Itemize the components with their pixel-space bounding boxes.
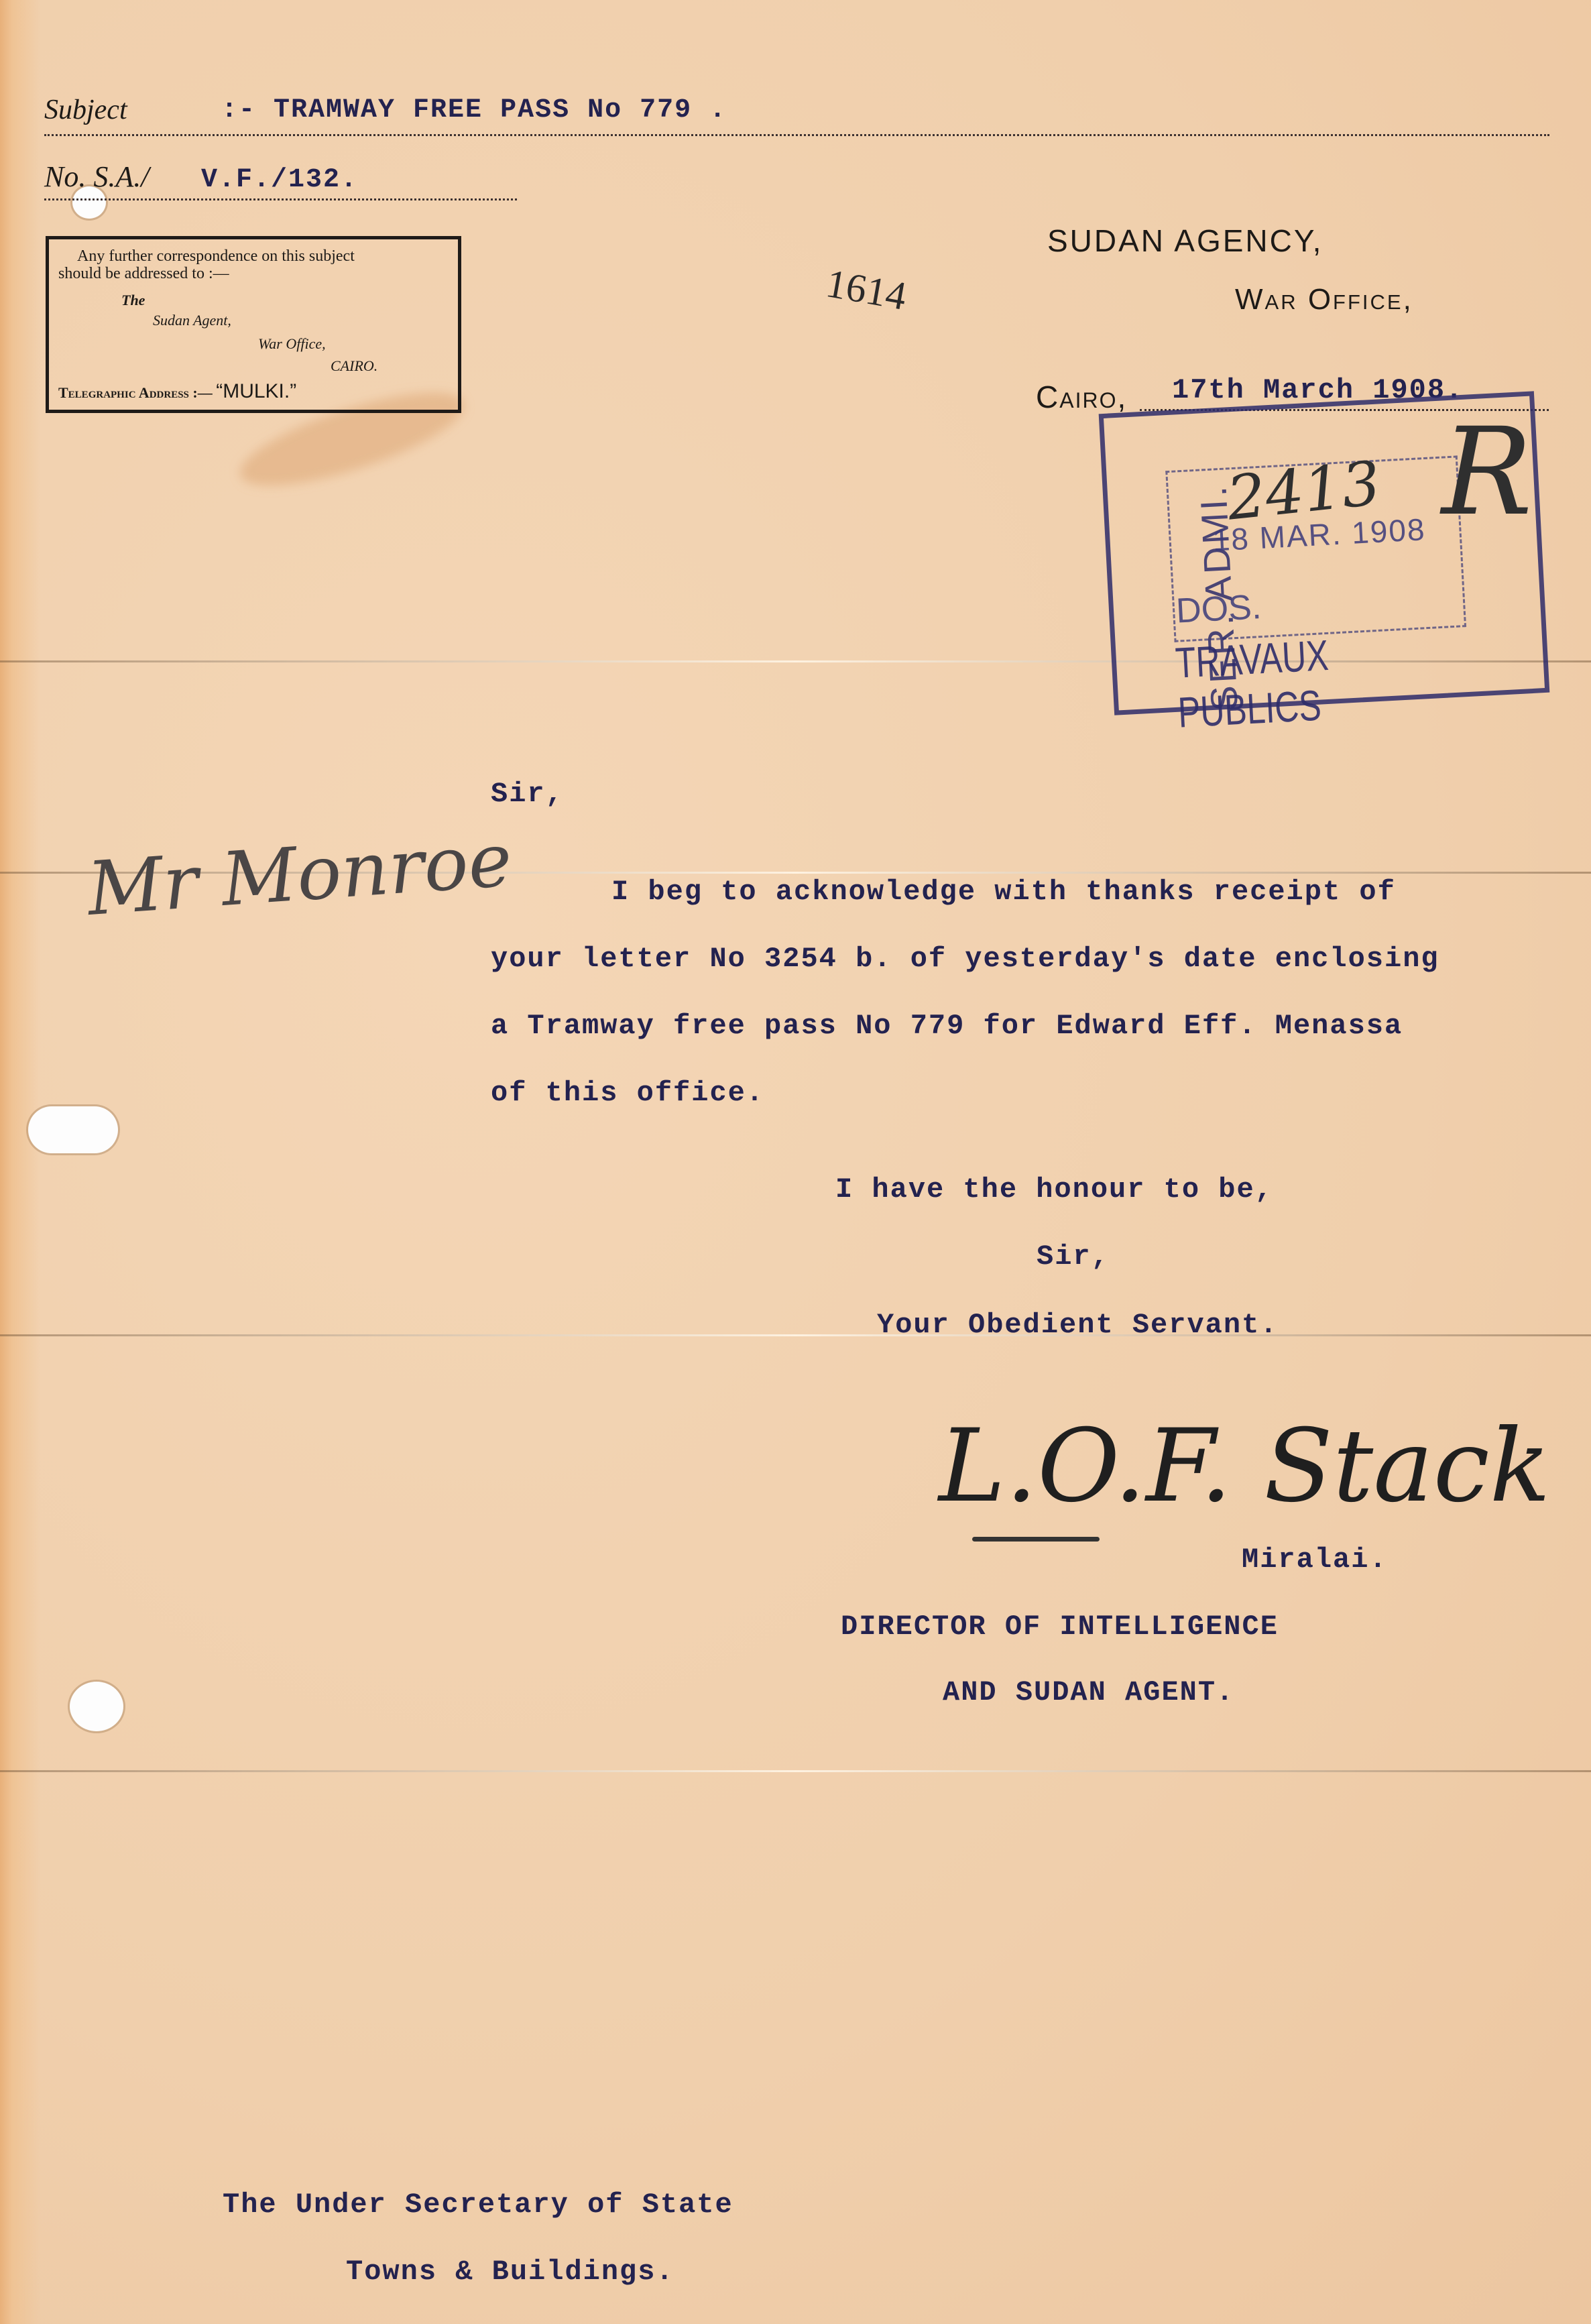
closing-line-1: I have the honour to be, <box>835 1173 1273 1206</box>
box-line-5: War Office, <box>258 335 326 353</box>
margin-note: Mr Monroe <box>84 817 514 932</box>
stamp-dos: DOS. <box>1175 587 1262 632</box>
signatory-title-2: AND SUDAN AGENT. <box>943 1676 1234 1708</box>
correspondence-box: Any further correspondence on this subje… <box>46 236 461 413</box>
box-line-6: CAIRO. <box>331 357 377 375</box>
telegraphic-address: Telegraphic Address :— “MULKI.” <box>58 380 296 403</box>
box-line-2: should be addressed to :— <box>58 265 229 283</box>
signature-underline <box>972 1537 1100 1542</box>
office-name: War Office, <box>1235 283 1413 316</box>
closing-line-2: Sir, <box>1037 1240 1110 1273</box>
body-line-2: your letter No 3254 b. of yesterday's da… <box>491 943 1439 975</box>
subject-value: :- TRAMWAY FREE PASS No 779 . <box>221 95 727 125</box>
city-name: Cairo, <box>1036 379 1127 415</box>
telegraphic-label: Telegraphic Address :— <box>58 384 213 401</box>
box-line-3: The <box>121 292 145 309</box>
agency-name: SUDAN AGENCY, <box>1047 223 1323 259</box>
box-line-4: Sudan Agent, <box>153 312 231 329</box>
reference-value: V.F./132. <box>201 165 358 195</box>
paper-fold <box>0 1770 1591 1772</box>
subject-label: Subject <box>44 94 127 126</box>
closing-line-3: Your Obedient Servant. <box>877 1309 1279 1341</box>
telegraphic-value: “MULKI.” <box>216 380 296 402</box>
signature: L.O.F. Stack <box>939 1408 1551 1525</box>
recipient-line-1: The Under Secretary of State <box>223 2189 733 2221</box>
stamp-department: TRAVAUX PUBLICS <box>1174 623 1469 737</box>
recipient-line-2: Towns & Buildings. <box>346 2256 674 2288</box>
reference-label: No. S.A./ <box>44 160 149 194</box>
body-line-3: a Tramway free pass No 779 for Edward Ef… <box>491 1010 1403 1042</box>
body-line-4: of this office. <box>491 1077 764 1109</box>
signatory-title-1: DIRECTOR OF INTELLIGENCE <box>841 1611 1279 1643</box>
punch-hole <box>70 1682 123 1731</box>
paper-fold <box>0 1334 1591 1336</box>
stamp-handwritten-initial: R <box>1441 402 1533 542</box>
registration-number: 1614 <box>823 260 910 320</box>
signatory-rank: Miralai. <box>1242 1544 1388 1576</box>
box-line-1: Any further correspondence on this subje… <box>77 247 355 266</box>
body-line-1: I beg to acknowledge with thanks receipt… <box>611 876 1396 908</box>
punch-hole <box>28 1106 118 1153</box>
salutation: Sir, <box>491 778 564 810</box>
